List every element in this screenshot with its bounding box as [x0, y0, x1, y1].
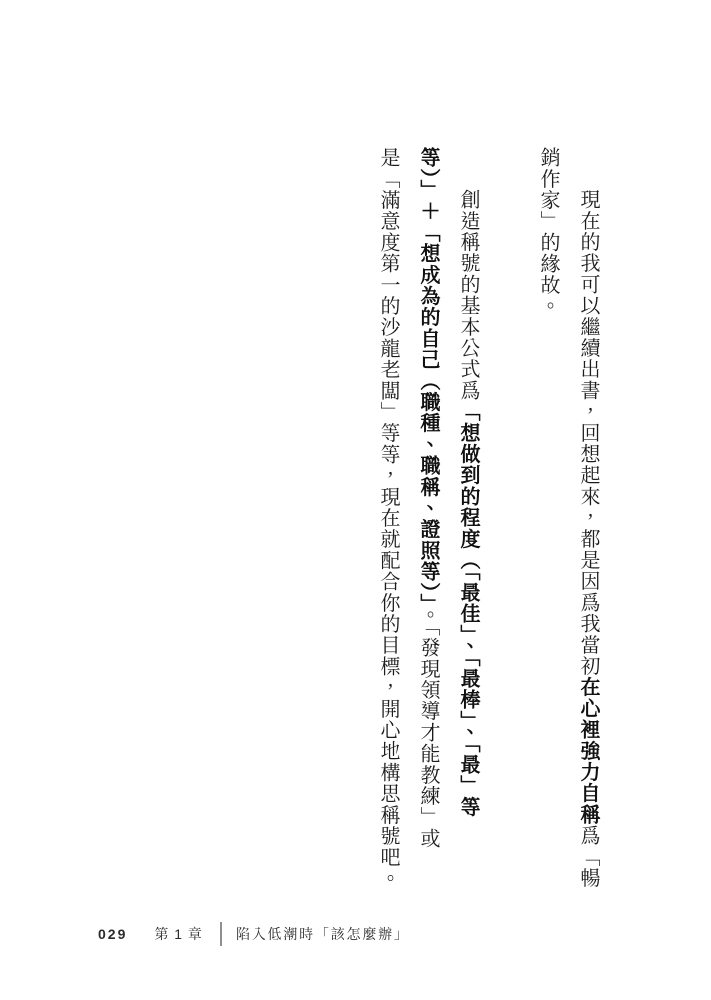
- text-column: 創造稱號的基本公式爲「想做到的程度（「最佳」、「最棒」、「最」等: [448, 147, 488, 895]
- body-segment: 是「滿意度第一的沙龍老闆」等等，現在就配合你的目標，開心地構思稱號吧。: [377, 147, 399, 889]
- text-column: 是「滿意度第一的沙龍老闆」等等，現在就配合你的目標，開心地構思稱號吧。: [368, 147, 408, 895]
- body-segment: 創造稱號的基本公式爲: [457, 189, 479, 401]
- section-title: 陷入低潮時「該怎麼辦」: [236, 924, 410, 944]
- body-text: 現在的我可以繼續出書，回想起來，都是因爲我當初在心裡強力自稱爲「暢銷作家」的緣故…: [368, 147, 608, 895]
- paragraph: 現在的我可以繼續出書，回想起來，都是因爲我當初在心裡強力自稱爲「暢銷作家」的緣故…: [528, 147, 608, 895]
- body-segment: 。「發現領導才能教練」或: [417, 605, 439, 849]
- body-segment: 爲「暢: [577, 825, 599, 889]
- paragraph: 創造稱號的基本公式爲「想做到的程度（「最佳」、「最棒」、「最」等等）」＋「想成為…: [368, 147, 488, 895]
- page-number: 029: [98, 926, 127, 942]
- page-footer: 029 第 1 章 陷入低潮時「該怎麼辦」: [98, 920, 410, 948]
- emphasis-text: 「想做到的程度（「最佳」、「最棒」、「最」等: [457, 401, 479, 817]
- book-page: 現在的我可以繼續出書，回想起來，都是因爲我當初在心裡強力自稱爲「暢銷作家」的緣故…: [0, 0, 711, 1000]
- emphasis-text: 等）」＋「想成為的自己（職種、職稱、證照等）」: [417, 147, 439, 605]
- text-column: 現在的我可以繼續出書，回想起來，都是因爲我當初在心裡強力自稱爲「暢: [568, 147, 608, 895]
- text-column: 等）」＋「想成為的自己（職種、職稱、證照等）」。「發現領導才能教練」或: [408, 147, 448, 895]
- body-segment: 現在的我可以繼續出書，回想起來，都是因爲我當初: [577, 189, 599, 677]
- text-column: 銷作家」的緣故。: [528, 147, 568, 895]
- chapter-label: 第 1 章: [154, 924, 203, 944]
- body-segment: 銷作家」的緣故。: [537, 147, 559, 317]
- emphasis-text: 在心裡強力自稱: [577, 677, 599, 825]
- footer-divider: [220, 922, 222, 946]
